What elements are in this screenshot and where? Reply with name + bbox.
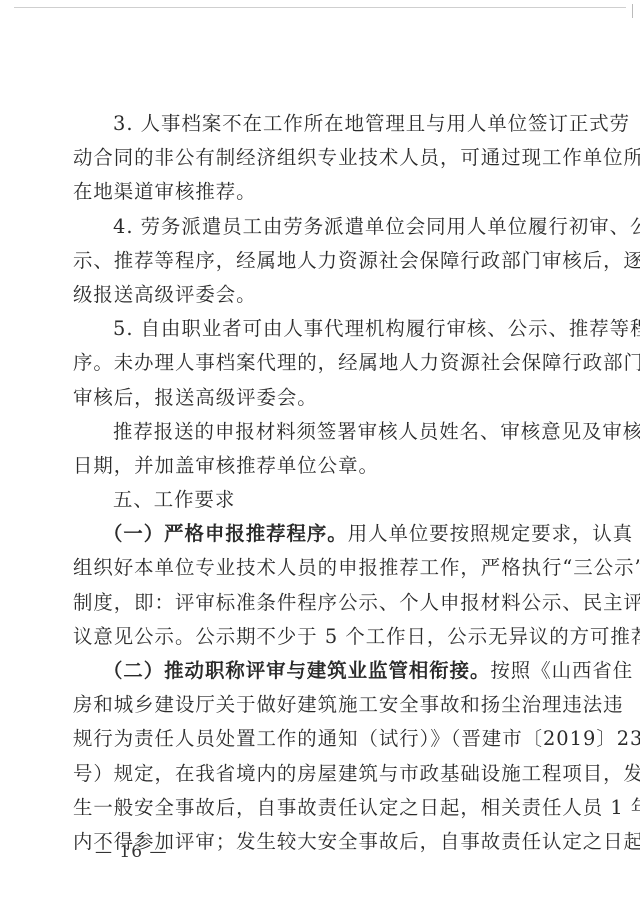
text-line: 4. 劳务派遣员工由劳务派遣单位会同用人单位履行初审、公 [73,210,577,244]
text-line: 号）规定，在我省境内的房屋建筑与市政基础设施工程项目，发 [73,757,577,791]
text-run: 按照《山西省住 [490,659,633,682]
text-line: （一）严格申报推荐程序。用人单位要按照规定要求，认真 [73,517,577,551]
text-line: 在地渠道审核推荐。 [73,175,577,209]
text-line: 日期，并加盖审核推荐单位公章。 [73,449,577,483]
bold-lead-heading: （一）严格申报推荐程序。 [103,522,348,545]
text-line: 推荐报送的申报材料须签署审核人员姓名、审核意见及审核 [73,415,577,449]
text-line: 示、推荐等程序，经属地人力资源社会保障行政部门审核后，逐 [73,244,577,278]
text-line: 组织好本单位专业技术人员的申报推荐工作，严格执行“三公示” [73,551,577,585]
text-line: 规行为责任人员处置工作的通知（试行）》（晋建市〔2019〕237 [73,722,577,756]
text-line: 动合同的非公有制经济组织专业技术人员，可通过现工作单位所 [73,141,577,175]
scan-edge-mark [632,4,633,18]
text-line: 序。未办理人事档案代理的，经属地人力资源社会保障行政部门 [73,346,577,380]
text-line: 议意见公示。公示期不少于 5 个工作日，公示无异议的方可推荐。 [73,620,577,654]
page-number: — 16 — [95,842,167,862]
paragraph-item-4: 4. 劳务派遣员工由劳务派遣单位会同用人单位履行初审、公 示、推荐等程序，经属地… [73,210,577,313]
text-line: 级报送高级评委会。 [73,278,577,312]
paragraph-item-5: 5. 自由职业者可由人事代理机构履行审核、公示、推荐等程 序。未办理人事档案代理… [73,312,577,415]
paragraph-requirement-2: （二）推动职称评审与建筑业监管相衔接。按照《山西省住 房和城乡建设厅关于做好建筑… [73,654,577,859]
page-body: 3. 人事档案不在工作所在地管理且与用人单位签订正式劳 动合同的非公有制经济组织… [73,107,577,859]
paragraph-recommend-note: 推荐报送的申报材料须签署审核人员姓名、审核意见及审核 日期，并加盖审核推荐单位公… [73,415,577,483]
text-line: 审核后，报送高级评委会。 [73,381,577,415]
text-line: 生一般安全事故后，自事故责任认定之日起，相关责任人员 1 年 [73,791,577,825]
text-line: 3. 人事档案不在工作所在地管理且与用人单位签订正式劳 [73,107,577,141]
text-line: 房和城乡建设厅关于做好建筑施工安全事故和扬尘治理违法违 [73,688,577,722]
section-heading: 五、工作要求 [73,483,577,517]
text-line: 5. 自由职业者可由人事代理机构履行审核、公示、推荐等程 [73,312,577,346]
paragraph-requirement-1: （一）严格申报推荐程序。用人单位要按照规定要求，认真 组织好本单位专业技术人员的… [73,517,577,654]
bold-lead-heading: （二）推动职称评审与建筑业监管相衔接。 [103,659,490,682]
paragraph-item-3: 3. 人事档案不在工作所在地管理且与用人单位签订正式劳 动合同的非公有制经济组织… [73,107,577,210]
text-line: （二）推动职称评审与建筑业监管相衔接。按照《山西省住 [73,654,577,688]
text-line: 制度，即：评审标准条件程序公示、个人申报材料公示、民主评 [73,586,577,620]
scan-edge-line [14,7,626,8]
text-run: 用人单位要按照规定要求，认真 [348,522,633,545]
